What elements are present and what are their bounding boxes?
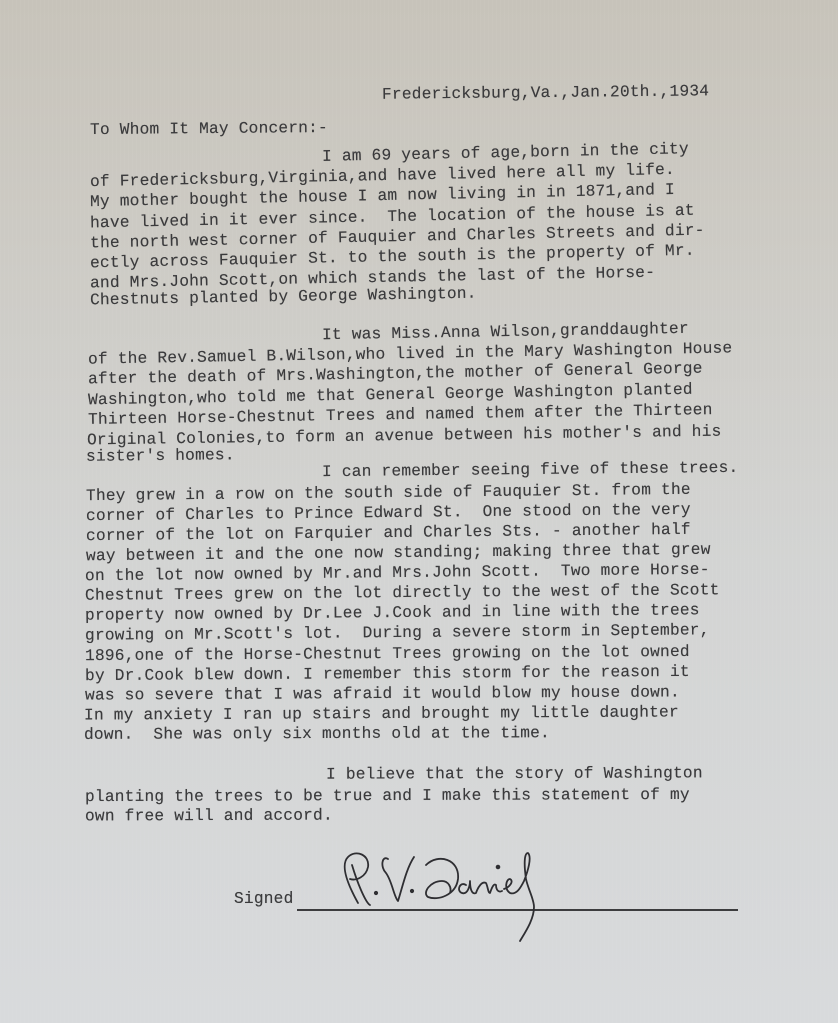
body-line: 1896,one of the Horse-Chestnut Trees gro… bbox=[85, 643, 690, 665]
body-line: growing on Mr.Scott's lot. During a seve… bbox=[85, 621, 710, 644]
salutation: To Whom It May Concern:- bbox=[90, 119, 328, 139]
body-line: own free will and accord. bbox=[85, 807, 333, 826]
handwritten-signature bbox=[330, 845, 600, 945]
body-line: sister's homes. bbox=[86, 446, 235, 466]
body-line: down. She was only six months old at the… bbox=[84, 724, 550, 744]
dateline: Fredericksburg,Va.,Jan.20th.,1934 bbox=[382, 82, 709, 103]
signed-label: Signed bbox=[234, 890, 294, 908]
letter-page: Fredericksburg,Va.,Jan.20th.,1934 To Who… bbox=[0, 0, 838, 1023]
body-line: planting the trees to be true and I make… bbox=[85, 786, 690, 806]
body-line: In my anxiety I ran up stairs and brough… bbox=[84, 703, 679, 724]
body-line: by Dr.Cook blew down. I remember this st… bbox=[85, 663, 690, 685]
body-line: was so severe that I was afraid it would… bbox=[85, 683, 680, 704]
body-line: I believe that the story of Washington bbox=[326, 764, 703, 783]
body-line: I can remember seeing five of these tree… bbox=[322, 459, 739, 481]
